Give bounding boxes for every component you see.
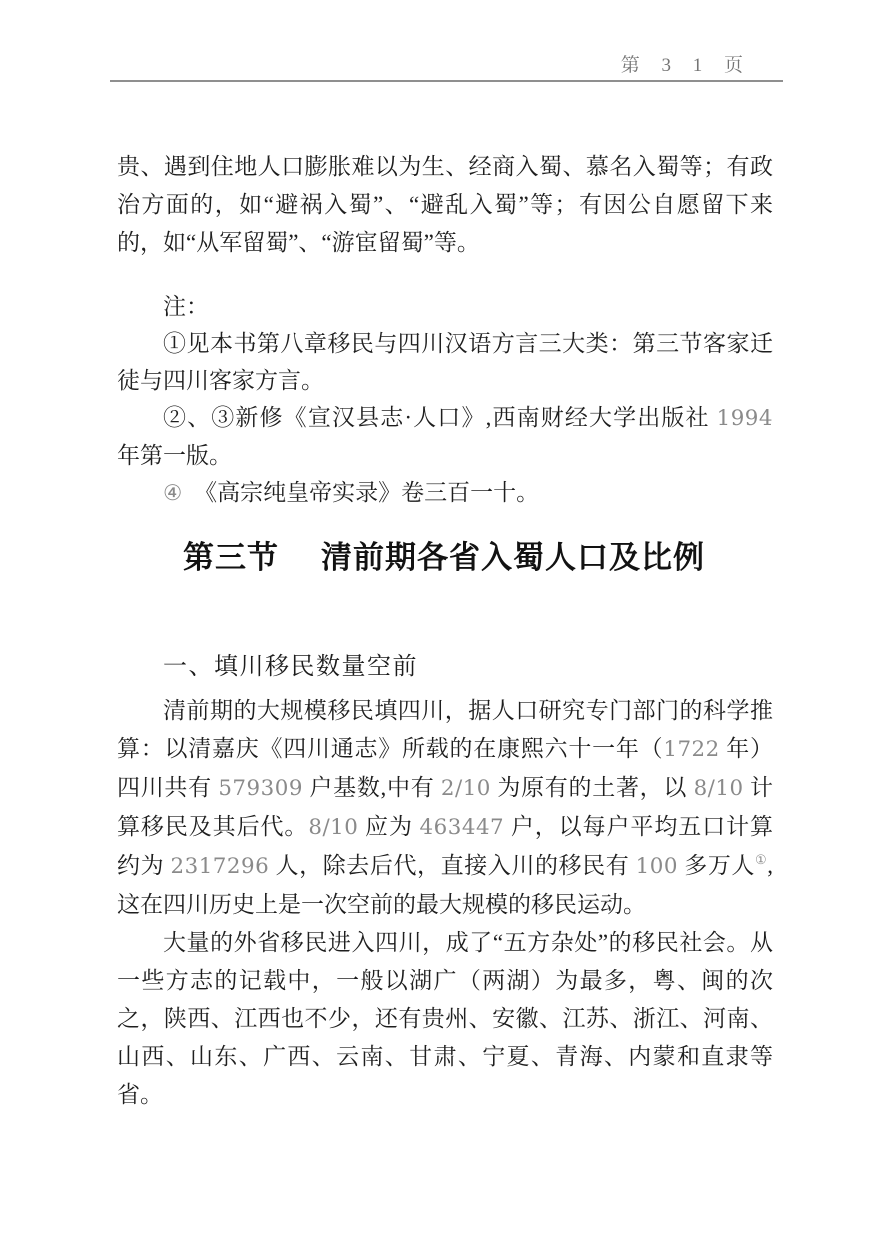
text-run: 年第一版。 (117, 443, 232, 468)
numeral: 579309 (218, 776, 303, 801)
text-run: 为原有的土著，以 (491, 775, 694, 800)
body-paragraph-closing: 大量的外省移民进入四川，成了“五方杂处”的移民社会。从一些方志的记载中，一般以湖… (117, 924, 773, 1114)
text-run: ②、③新修《宣汉县志·人口》,西南财经大学出版社 (163, 405, 717, 430)
paragraph-continuation-block: 贵、遇到住地人口膨胀难以为生、经商入蜀、慕名入蜀等；有政治方面的，如“避祸入蜀”… (117, 148, 773, 262)
body-paragraph: 贵、遇到住地人口膨胀难以为生、经商入蜀、慕名入蜀等；有政治方面的，如“避祸入蜀”… (117, 148, 773, 262)
text-run: 多万人 (678, 853, 755, 878)
numeral: 1994 (717, 406, 773, 431)
numeral: 2317296 (171, 854, 270, 879)
section-heading: 第三节 清前期各省入蜀人口及比例 (0, 538, 888, 578)
section-title: 清前期各省入蜀人口及比例 (321, 538, 705, 578)
numeral: ④ (163, 481, 183, 506)
book-page: 第 3 1 页 贵、遇到住地人口膨胀难以为生、经商入蜀、慕名入蜀等；有政治方面的… (0, 0, 888, 1260)
numeral: 463447 (420, 815, 505, 840)
numeral: 1722 (663, 737, 719, 762)
text-run: ①见本书第八章移民与四川汉语方言三大类：第三节客家迁徒与四川客家方言。 (117, 331, 773, 393)
note-label: 注： (117, 288, 773, 325)
numeral: 8/10 (694, 776, 744, 801)
text-run: 应为 (358, 814, 419, 839)
text-run: 人，除去后代，直接入川的移民有 (269, 853, 635, 878)
subsection-heading: 一、填川移民数量空前 (163, 650, 418, 684)
note-item-1: ①见本书第八章移民与四川汉语方言三大类：第三节客家迁徒与四川客家方言。 (117, 325, 773, 399)
section-number: 第三节 (183, 538, 279, 578)
text-run: 《高宗纯皇帝实录》卷三百一十。 (183, 480, 540, 505)
page-number-label: 第 3 1 页 (621, 50, 748, 77)
numeral: 2/10 (441, 776, 491, 801)
footnote-ref: ① (755, 853, 767, 868)
header-rule (110, 80, 783, 82)
notes-section: 注： ①见本书第八章移民与四川汉语方言三大类：第三节客家迁徒与四川客家方言。 ②… (117, 288, 773, 512)
note-item-3: ④ 《高宗纯皇帝实录》卷三百一十。 (117, 474, 773, 512)
numeral: 8/10 (308, 815, 358, 840)
main-text-block: 清前期的大规模移民填四川，据人口研究专门部门的科学推算：以清嘉庆《四川通志》所载… (117, 692, 773, 1114)
text-run: 户基数,中有 (303, 775, 441, 800)
body-paragraph-main: 清前期的大规模移民填四川，据人口研究专门部门的科学推算：以清嘉庆《四川通志》所载… (117, 692, 773, 924)
numeral: 100 (636, 854, 678, 879)
note-item-2: ②、③新修《宣汉县志·人口》,西南财经大学出版社 1994 年第一版。 (117, 399, 773, 474)
